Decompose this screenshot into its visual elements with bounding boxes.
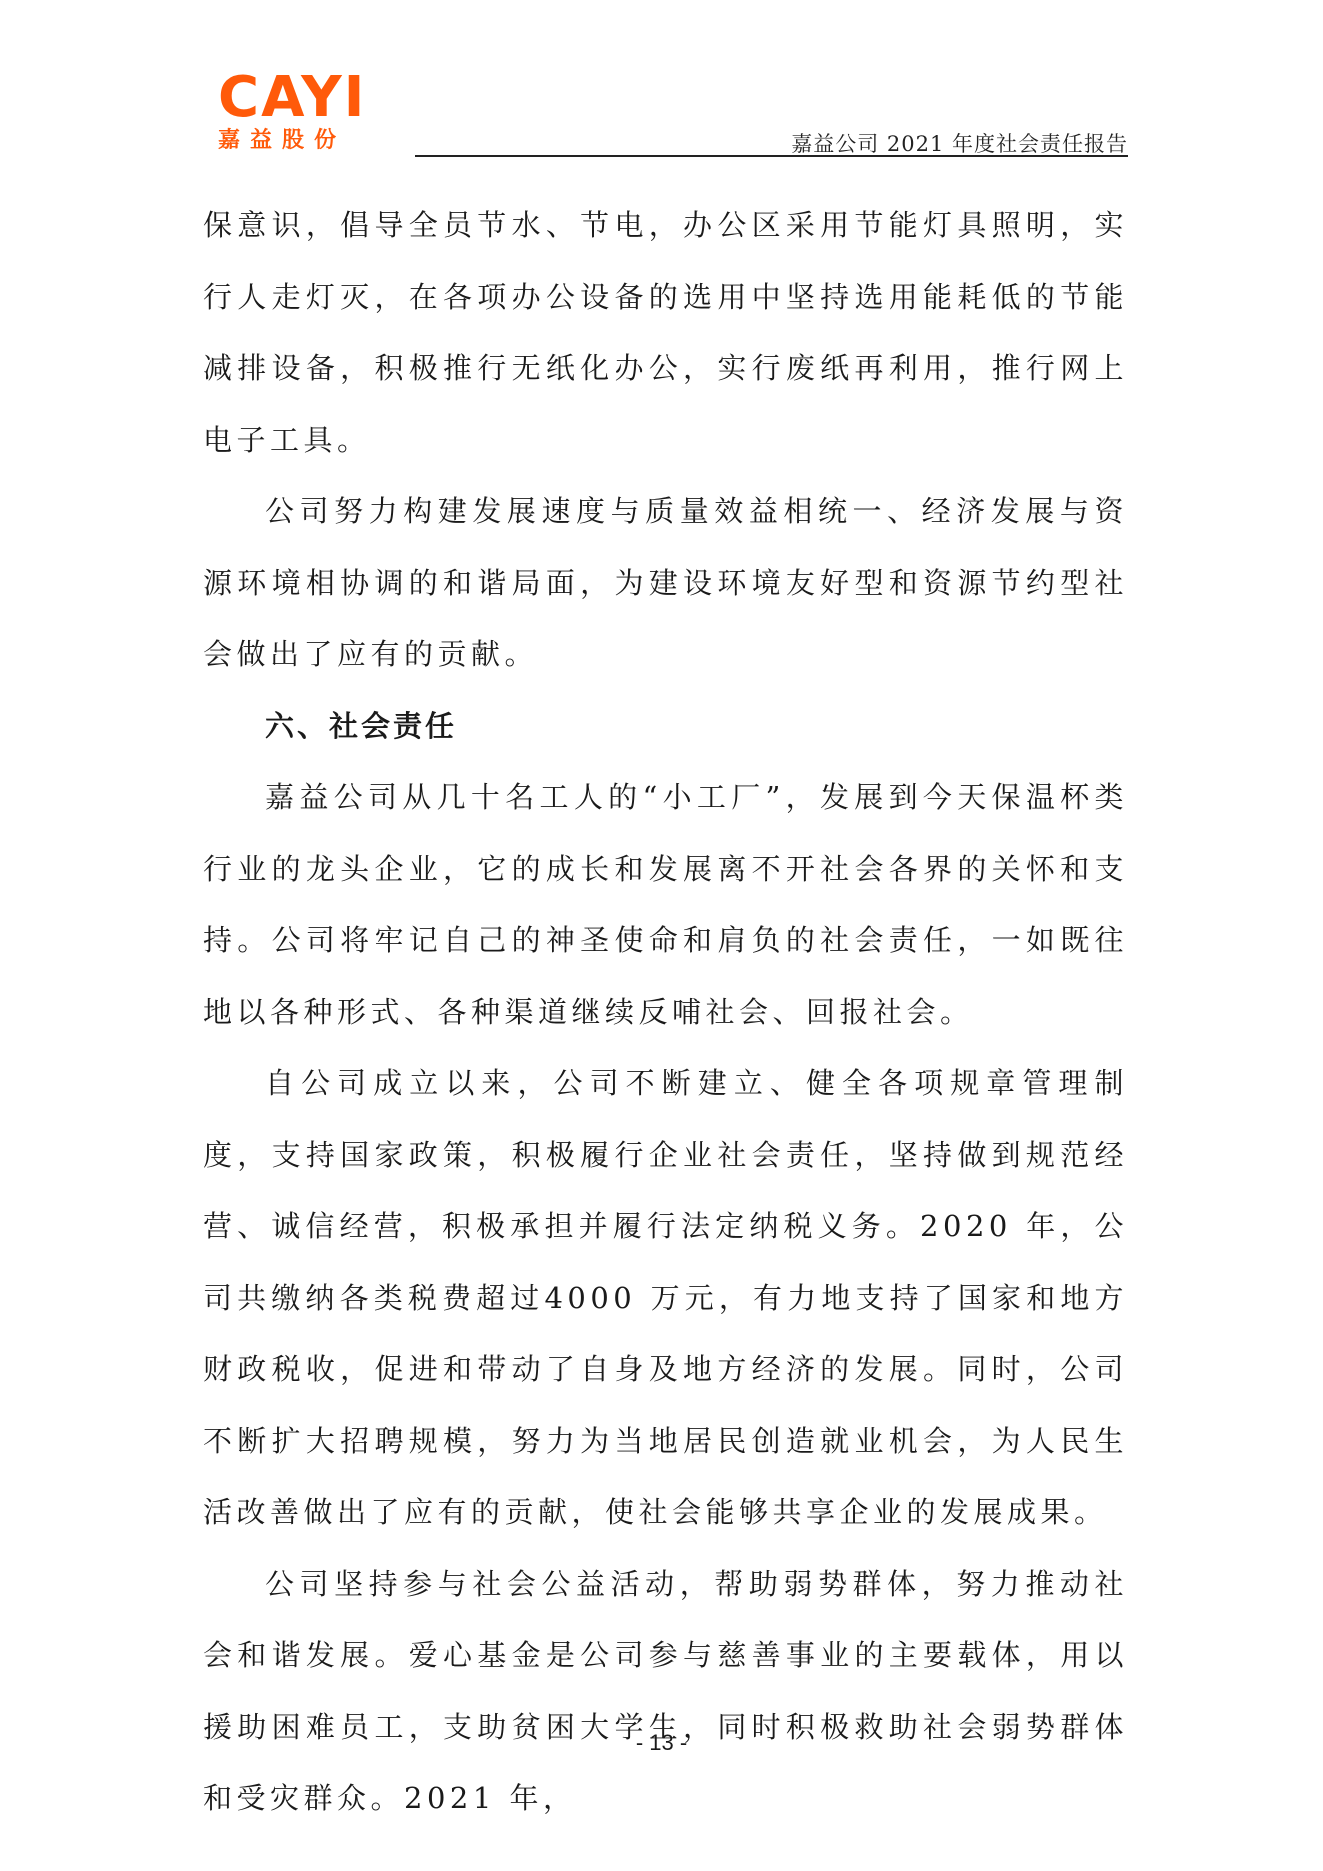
section-heading: 六、社会责任: [203, 691, 1128, 763]
logo-wordmark: CAYI: [218, 70, 378, 126]
paragraph: 公司坚持参与社会公益活动，帮助弱势群体，努力推动社会和谐发展。爱心基金是公司参与…: [203, 1549, 1128, 1835]
page-number: - 13 -: [0, 1730, 1323, 1756]
paragraph-continuation: 保意识，倡导全员节水、节电，办公区采用节能灯具照明，实行人走灯灭，在各项办公设备…: [203, 190, 1128, 476]
paragraph: 自公司成立以来，公司不断建立、健全各项规章管理制度，支持国家政策，积极履行企业社…: [203, 1048, 1128, 1549]
document-body: 保意识，倡导全员节水、节电，办公区采用节能灯具照明，实行人走灯灭，在各项办公设备…: [203, 190, 1128, 1835]
header-divider: [415, 155, 1128, 157]
paragraph: 嘉益公司从几十名工人的“小工厂”，发展到今天保温杯类行业的龙头企业，它的成长和发…: [203, 762, 1128, 1048]
report-title: 嘉益公司 2021 年度社会责任报告: [791, 132, 1128, 156]
logo-subtitle: 嘉益股份: [218, 128, 378, 154]
paragraph: 公司努力构建发展速度与质量效益相统一、经济发展与资源环境相协调的和谐局面，为建设…: [203, 476, 1128, 691]
company-logo: CAYI 嘉益股份: [218, 70, 378, 154]
